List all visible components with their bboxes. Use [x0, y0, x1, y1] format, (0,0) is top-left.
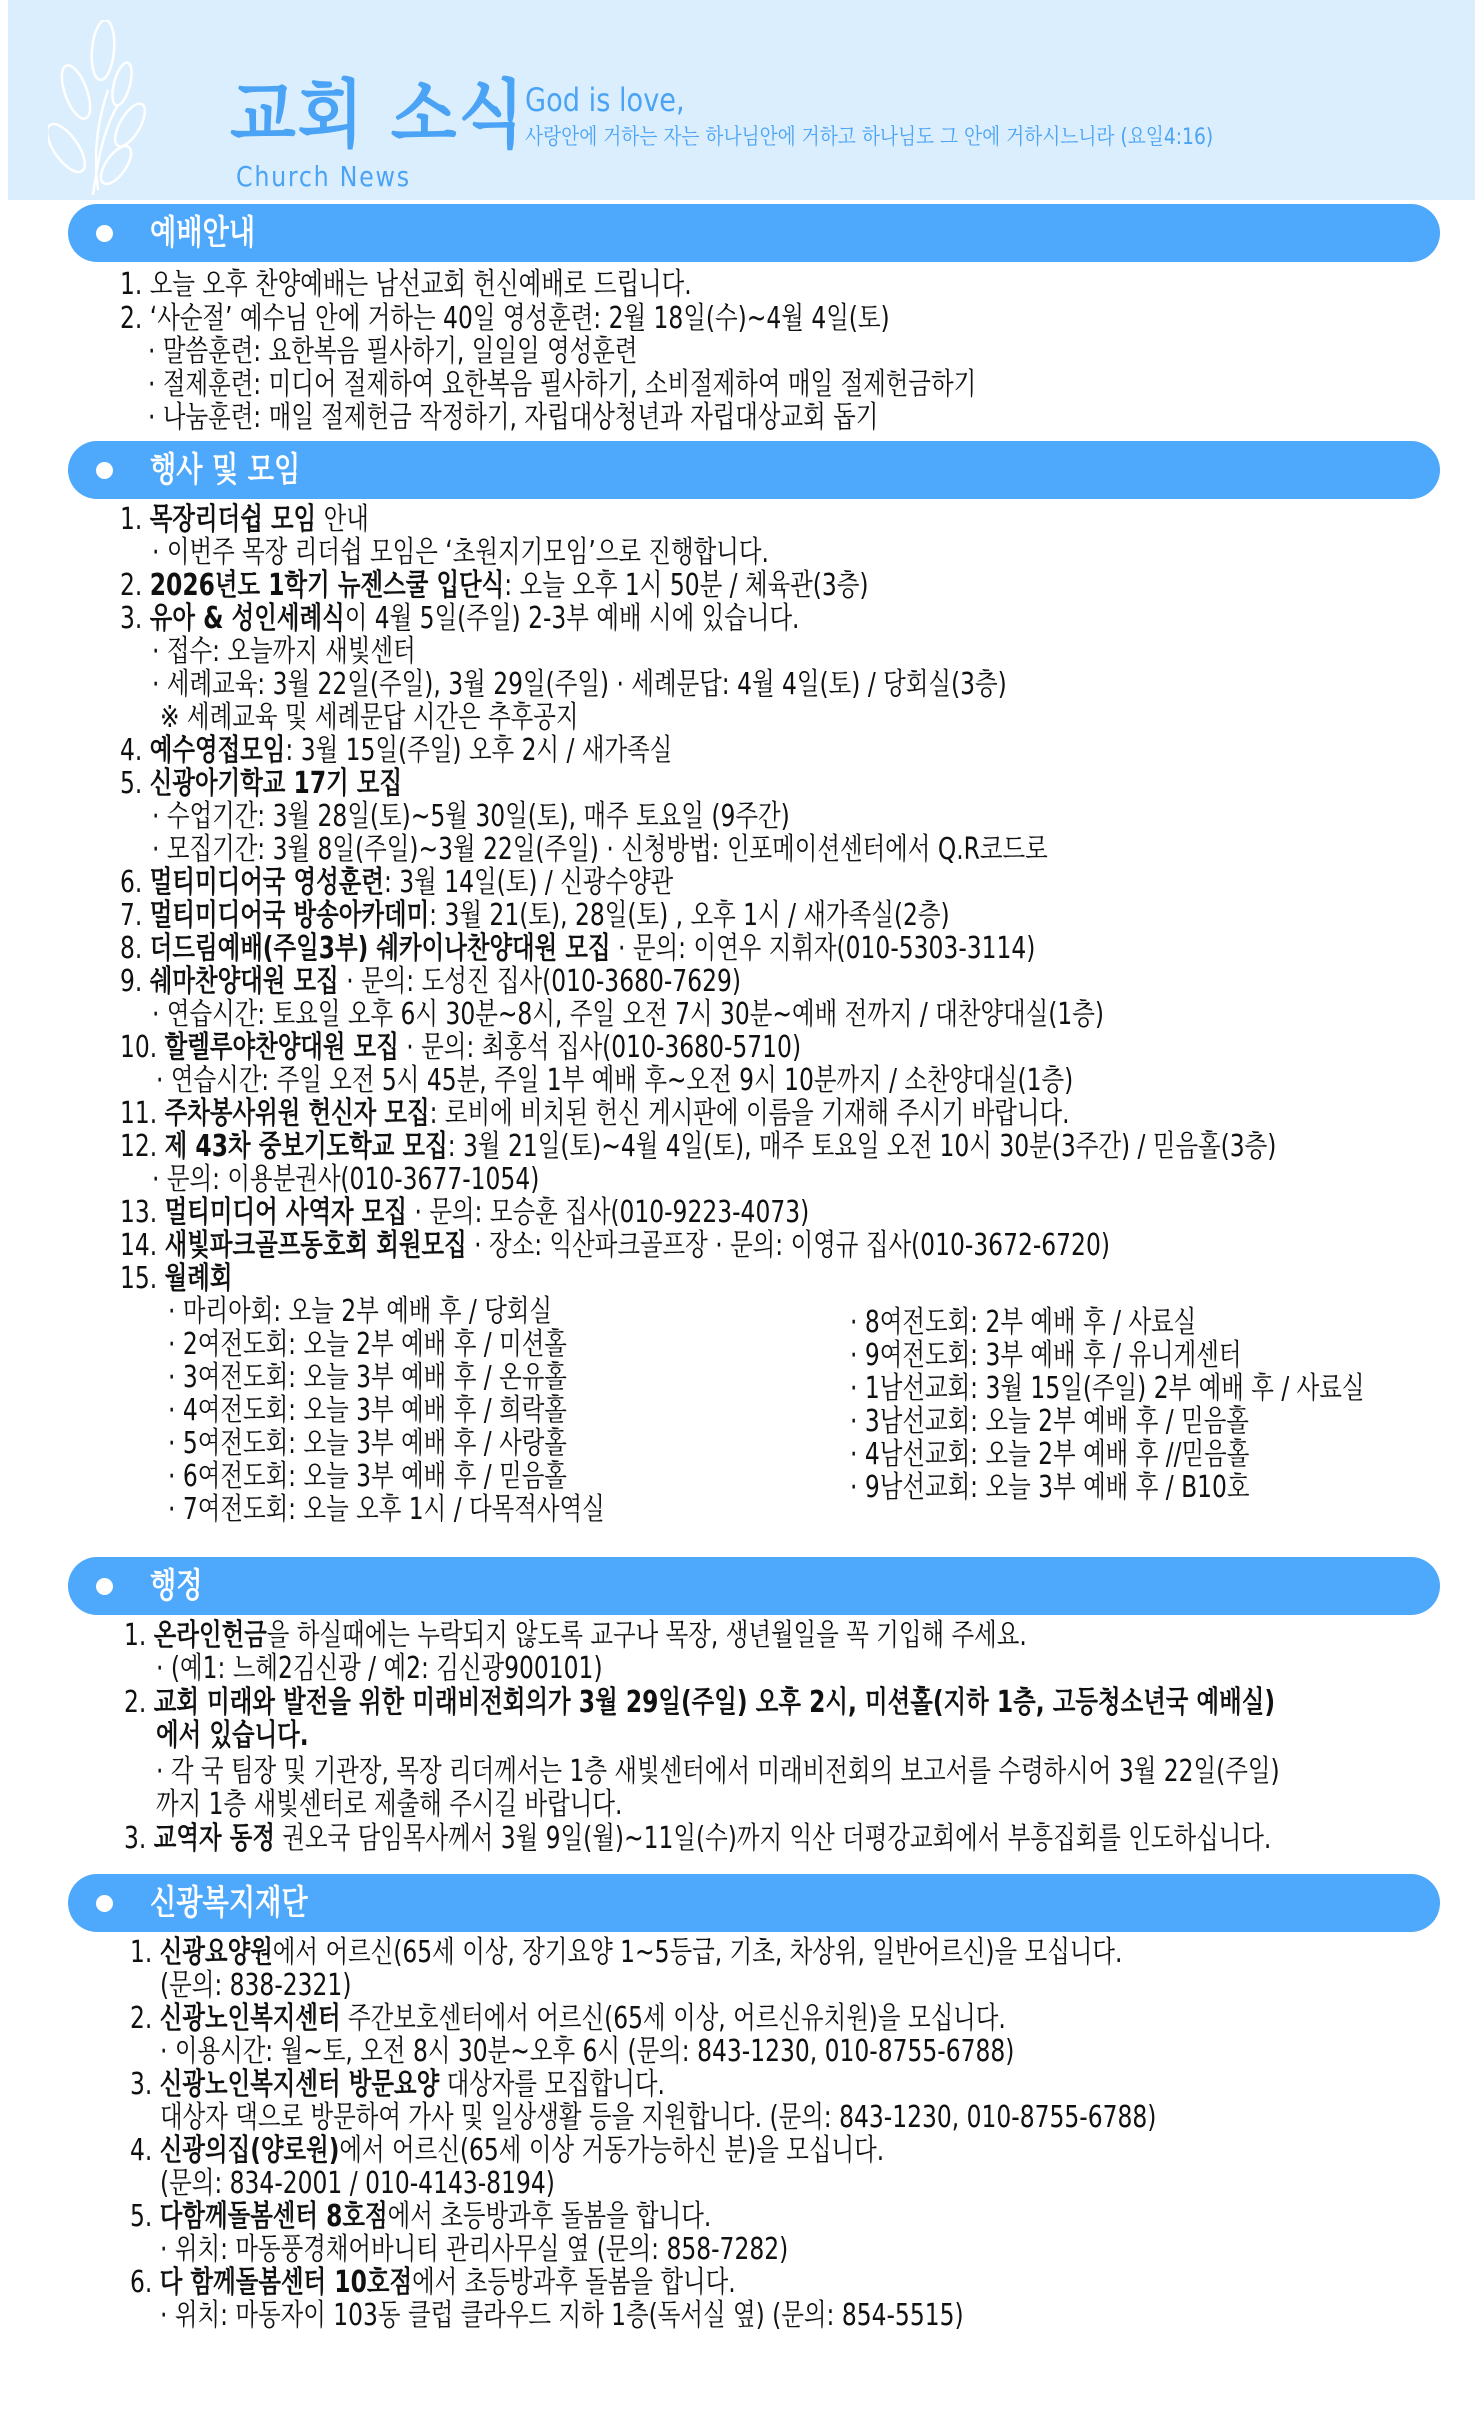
wollyehoe-left-item: · 4여전도회: 오늘 3부 예배 후 / 희락홀 [168, 1394, 567, 1427]
wollyehoe-right-item: · 8여전도회: 2부 예배 후 / 사료실 [850, 1306, 1196, 1339]
list-subitem: · 연습시간: 토요일 오후 6시 30분~8시, 주일 오전 7시 30분~예… [152, 998, 1104, 1031]
list-item: 2. 2026년도 1학기 뉴젠스쿨 입단식: 오늘 오후 1시 50분 / 체… [120, 569, 869, 602]
header-banner: 교회 소식 Church News God is love, 사랑안에 거하는 … [8, 0, 1475, 200]
bullet-dot-icon [96, 1895, 113, 1912]
list-item: 8. 더드림예배(주일3부) 쉐카이나찬양대원 모집 · 문의: 이연우 지휘자… [120, 932, 1035, 965]
list-item: 5. 다함께돌봄센터 8호점에서 초등방과후 돌봄을 합니다. [130, 2200, 711, 2233]
list-item: 1. 오늘 오후 찬양예배는 남선교회 헌신예배로 드립니다. [120, 268, 692, 301]
wollyehoe-right-item: · 4남선교회: 오늘 2부 예배 후 //믿음홀 [850, 1438, 1249, 1471]
wollyehoe-right-item: · 9여전도회: 3부 예배 후 / 유니게센터 [850, 1339, 1241, 1372]
page-title: 교회 소식 [230, 78, 526, 152]
list-subitem: · 접수: 오늘까지 새빛센터 [152, 635, 416, 668]
list-subitem: · 위치: 마동자이 103동 클럽 클라우드 지하 1층(독서실 옆) (문의… [160, 2299, 964, 2332]
list-subitem: · 각 국 팀장 및 기관장, 목장 리더께서는 1층 새빛센터에서 미래비전회… [156, 1755, 1280, 1788]
list-subitem: · 위치: 마동풍경채어바니티 관리사무실 옆 (문의: 858-7282) [160, 2233, 788, 2266]
list-item: 3. 교역자 동정 권오국 담임목사께서 3월 9일(월)~11일(수)까지 익… [124, 1822, 1271, 1855]
list-subitem: · 세례교육: 3월 22일(주일), 3월 29일(주일) · 세례문답: 4… [152, 668, 1007, 701]
list-item: 10. 할렐루야찬양대원 모집 · 문의: 최홍석 집사(010-3680-57… [120, 1031, 801, 1064]
list-subitem: (문의: 838-2321) [160, 1969, 351, 2002]
list-item: 6. 멀티미디어국 영성훈련: 3월 14일(토) / 신광수양관 [120, 866, 673, 899]
section-header-events: 행사 및 모임 [68, 441, 1440, 499]
list-item: 1. 온라인헌금을 하실때에는 누락되지 않도록 교구나 목장, 생년월일을 꼭… [124, 1619, 1027, 1652]
wollyehoe-left-item: · 3여전도회: 오늘 3부 예배 후 / 온유홀 [168, 1361, 567, 1394]
bullet-dot-icon [96, 462, 113, 479]
list-subitem: · 연습시간: 주일 오전 5시 45분, 주일 1부 예배 후~오전 9시 1… [156, 1064, 1073, 1097]
section-header-administration: 행정 [68, 1557, 1440, 1615]
motto-english: God is love, [525, 84, 685, 116]
list-subitem: · (예1: 느헤2김신광 / 예2: 김신광900101) [156, 1652, 603, 1685]
wollyehoe-left-item: · 마리아회: 오늘 2부 예배 후 / 당회실 [168, 1295, 552, 1328]
list-item: 3. 유아 & 성인세례식이 4월 5일(주일) 2-3부 예배 시에 있습니다… [120, 602, 800, 635]
bullet-dot-icon [96, 1578, 113, 1595]
list-item: 12. 제 43차 중보기도학교 모집: 3월 21일(토)~4월 4일(토),… [120, 1130, 1276, 1163]
list-item-continuation: 에서 있습니다. [156, 1719, 309, 1752]
list-subitem: (문의: 834-2001 / 010-4143-8194) [160, 2167, 555, 2200]
wollyehoe-left-item: · 2여전도회: 오늘 2부 예배 후 / 미션홀 [168, 1328, 567, 1361]
list-item: 3. 신광노인복지센터 방문요양 대상자를 모집합니다. [130, 2068, 665, 2101]
list-item: 2. ‘사순절’ 예수님 안에 거하는 40일 영성훈련: 2월 18일(수)~… [120, 302, 890, 335]
motto-verse: 사랑안에 거하는 자는 하나님안에 거하고 하나님도 그 안에 거하시느니라 (… [525, 127, 1213, 149]
list-item: 1. 신광요양원에서 어르신(65세 이상, 장기요양 1~5등급, 기초, 차… [130, 1936, 1122, 1969]
page-subtitle: Church News [236, 163, 411, 191]
list-subitem: · 절제훈련: 미디어 절제하여 요한복음 필사하기, 소비절제하여 매일 절제… [148, 368, 976, 401]
list-subitem: 까지 1층 새빛센터로 제출해 주시길 바랍니다. [156, 1788, 622, 1821]
list-subitem: · 이용시간: 월~토, 오전 8시 30분~오후 6시 (문의: 843-12… [160, 2035, 1014, 2068]
list-subitem: · 수업기간: 3월 28일(토)~5월 30일(토), 매주 토요일 (9주간… [152, 800, 790, 833]
list-item: 6. 다 함께돌봄센터 10호점에서 초등방과후 돌봄을 합니다. [130, 2266, 736, 2299]
section-header-worship: 예배안내 [68, 204, 1440, 262]
section-header-welfare-foundation: 신광복지재단 [68, 1874, 1440, 1932]
list-subitem: · 말씀훈련: 요한복음 필사하기, 일일일 영성훈련 [148, 335, 637, 368]
wollyehoe-right-item: · 9남선교회: 오늘 3부 예배 후 / B10호 [850, 1471, 1250, 1504]
list-item: 2. 교회 미래와 발전을 위한 미래비전회의가 3월 29일(주일) 오후 2… [124, 1686, 1275, 1719]
list-item: 11. 주차봉사위원 헌신자 모집: 로비에 비치된 헌신 게시판에 이름을 기… [120, 1097, 1070, 1130]
wollyehoe-left-item: · 5여전도회: 오늘 3부 예배 후 / 사랑홀 [168, 1427, 567, 1460]
list-subitem: · 이번주 목장 리더쉽 모임은 ‘초원지기모임’으로 진행합니다. [152, 536, 769, 569]
section-title: 예배안내 [150, 212, 255, 254]
list-item: 1. 목장리더쉽 모임 안내 [120, 503, 369, 536]
list-note: ※ 세례교육 및 세례문답 시간은 추후공지 [160, 701, 578, 734]
wollyehoe-left-item: · 6여전도회: 오늘 3부 예배 후 / 믿음홀 [168, 1460, 567, 1493]
tree-leaf-icon [48, 20, 158, 200]
list-item: 2. 신광노인복지센터 주간보호센터에서 어르신(65세 이상, 어르신유치원)… [130, 2002, 1006, 2035]
section-title: 신광복지재단 [150, 1882, 308, 1924]
list-item: 7. 멀티미디어국 방송아카데미: 3월 21(토), 28일(토) , 오후 … [120, 899, 950, 932]
list-subitem: · 나눔훈련: 매일 절제헌금 작정하기, 자립대상청년과 자립대상교회 돕기 [148, 401, 878, 434]
list-subitem: · 모집기간: 3월 8일(주일)~3월 22일(주일) · 신청방법: 인포메… [152, 833, 1048, 866]
list-subitem: · 문의: 이용분권사(010-3677-1054) [152, 1163, 539, 1196]
list-item: 4. 예수영접모임: 3월 15일(주일) 오후 2시 / 새가족실 [120, 734, 672, 767]
list-subitem: 대상자 댁으로 방문하여 가사 및 일상생활 등을 지원합니다. (문의: 84… [160, 2101, 1156, 2134]
list-item: 5. 신광아기학교 17기 모집 [120, 767, 402, 800]
bullet-dot-icon [96, 225, 113, 242]
section-title: 행사 및 모임 [150, 449, 300, 491]
wollyehoe-left-item: · 7여전도회: 오늘 오후 1시 / 다목적사역실 [168, 1493, 605, 1526]
list-item: 4. 신광의집(양로원)에서 어르신(65세 이상 거동가능하신 분)을 모십니… [130, 2134, 884, 2167]
list-item: 9. 쉐마찬양대원 모집 · 문의: 도성진 집사(010-3680-7629) [120, 965, 741, 998]
wollyehoe-right-item: · 1남선교회: 3월 15일(주일) 2부 예배 후 / 사료실 [850, 1372, 1364, 1405]
list-item: 14. 새빛파크골프동호회 회원모집 · 장소: 익산파크골프장 · 문의: 이… [120, 1229, 1110, 1262]
wollyehoe-right-item: · 3남선교회: 오늘 2부 예배 후 / 믿음홀 [850, 1405, 1249, 1438]
list-item: 13. 멀티미디어 사역자 모집 · 문의: 모승훈 집사(010-9223-4… [120, 1196, 809, 1229]
list-item: 15. 월례회 [120, 1262, 232, 1295]
section-title: 행정 [150, 1565, 203, 1607]
